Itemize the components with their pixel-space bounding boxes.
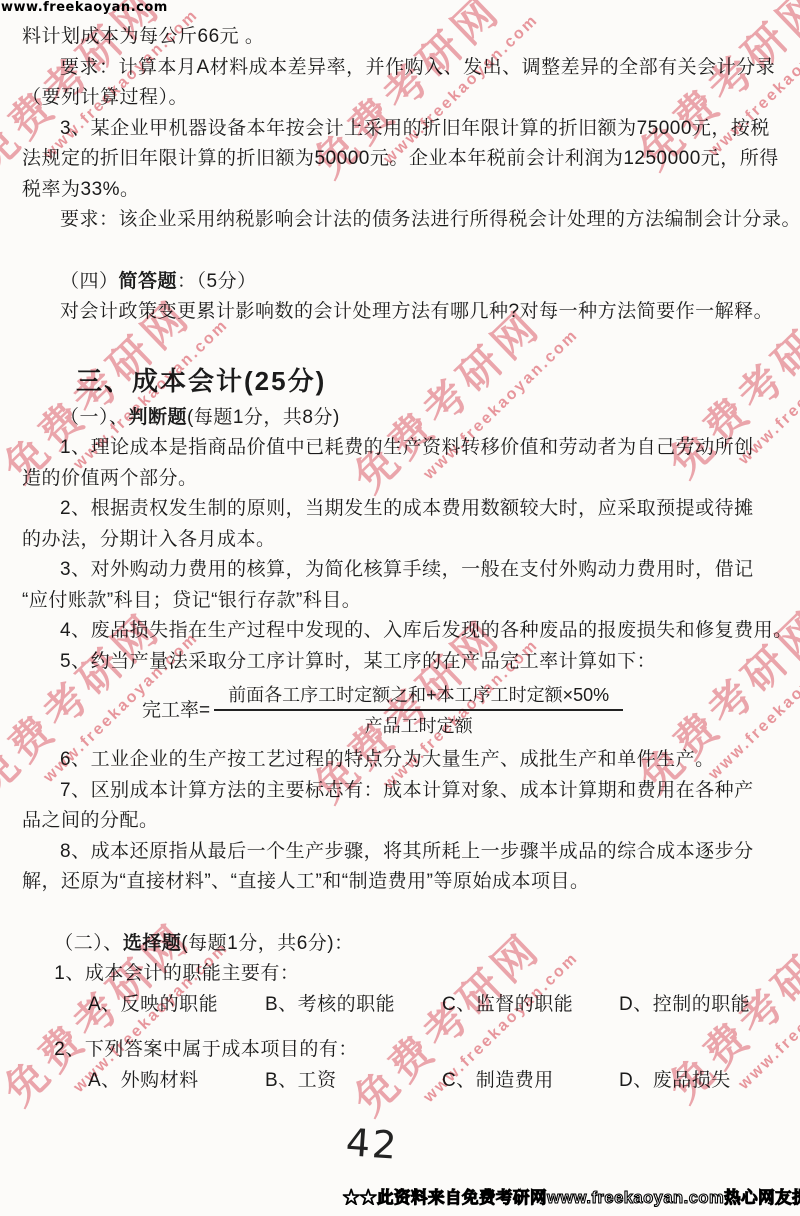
options-line: A、反映的职能B、考核的职能C、监督的职能D、控制的职能 <box>22 990 772 1021</box>
text-line: 解，还原为“直接材料”、“直接人工”和“制造费用”等原始成本项目。 <box>22 867 772 898</box>
text-line: （一）、判断题(每题1分，共8分) <box>22 403 772 434</box>
text-line: 要求：该企业采用纳税影响会计法的债务法进行所得税会计处理的方法编制会计分录。 <box>22 205 772 236</box>
option-item: D、控制的职能 <box>619 990 796 1021</box>
text-line: 3、某企业甲机器设备本年按会计上采用的折旧年限计算的折旧额为75000元，按税 <box>22 114 772 145</box>
text-line: 4、废品损失指在生产过程中发现的、入库后发现的各种废品的报废损失和修复费用。 <box>22 616 772 647</box>
text-line: 造的价值两个部分。 <box>22 464 772 495</box>
text-line: 1、理论成本是指商品价值中已耗费的生产资料转移价值和劳动者为自己劳动所创 <box>22 433 772 464</box>
text-line: （二）、选择题(每题1分，共6分)： <box>22 929 772 960</box>
text-line: 7、区别成本计算方法的主要标志有：成本计算对象、成本计算期和费用在各种产 <box>22 776 772 807</box>
text-line: （四）简答题：（5分） <box>22 267 772 298</box>
text-line: 料计划成本为每公斤66元 。 <box>22 22 772 53</box>
scanned-exam-page: www.freekaoyan.com 料计划成本为每公斤66元 。要求：计算本月… <box>0 0 800 1216</box>
page-number: 42 <box>345 1120 400 1168</box>
text-line: 要求：计算本月A材料成本差异率，并作购入、发出、调整差异的全部有关会计分录 <box>22 53 772 84</box>
option-item: B、工资 <box>265 1066 442 1097</box>
emphasized-text: 选择题 <box>123 933 182 954</box>
text-line: 的办法，分期计入各月成本。 <box>22 525 772 556</box>
section-heading: 三、成本会计(25分) <box>76 359 772 403</box>
text-line: 5、约当产量法采取分工序计算时，某工序的在产品完工率计算如下： <box>22 647 772 678</box>
text-line: 对会计政策变更累计影响数的会计处理方法有哪几种?对每一种方法简要作一解释。 <box>22 297 772 328</box>
text-segment: （一）、 <box>60 407 129 428</box>
option-item: B、考核的职能 <box>265 990 442 1021</box>
text-line: 6、工业企业的生产按工艺过程的特点分为大量生产、成批生产和单件生产。 <box>22 745 772 776</box>
text-line: 2、根据责权发生制的原则，当期发生的成本费用数额较大时，应采取预提或待摊 <box>22 494 772 525</box>
document-body: 料计划成本为每公斤66元 。要求：计算本月A材料成本差异率，并作购入、发出、调整… <box>0 22 800 1096</box>
emphasized-text: 判断题 <box>129 407 188 428</box>
option-item: C、制造费用 <box>442 1066 619 1097</box>
text-segment: （二）、 <box>54 933 123 954</box>
option-item: C、监督的职能 <box>442 990 619 1021</box>
text-segment: （四） <box>60 271 119 292</box>
text-line: 8、成本还原指从最后一个生产步骤，将其所耗上一步骤半成品的综合成本逐步分 <box>22 837 772 868</box>
option-item: A、反映的职能 <box>88 990 265 1021</box>
text-segment: ：（5分） <box>177 271 257 292</box>
text-line: 法规定的折旧年限计算的折旧额为50000元。企业本年税前会计利润为1250000… <box>22 144 772 175</box>
header-url: www.freekaoyan.com <box>1 0 168 15</box>
fraction-numerator: 前面各工序工时定额之和+本工序工时定额×50% <box>214 684 623 711</box>
text-line: 2、下列答案中属于成本项目的有： <box>22 1035 772 1066</box>
fraction: 前面各工序工时定额之和+本工序工时定额×50%产品工时定额 <box>214 684 623 737</box>
fraction-denominator: 产品工时定额 <box>214 711 623 737</box>
text-segment: (每题1分，共6分)： <box>181 933 353 954</box>
formula-lhs: 完工率= <box>142 700 210 722</box>
emphasized-text: 简答题 <box>119 271 178 292</box>
footer-banner: ★★此资料来自免费考研网www.freekaoyan.com热心网友提供★★ <box>343 1184 800 1208</box>
text-segment: (每题1分，共8分) <box>187 407 340 428</box>
text-line: 品之间的分配。 <box>22 806 772 837</box>
options-line: A、外购材料B、工资C、制造费用D、废品损失 <box>22 1066 772 1097</box>
text-line: 税率为33%。 <box>22 175 772 206</box>
text-line: （要列计算过程）。 <box>22 83 772 114</box>
option-item: A、外购材料 <box>88 1066 265 1097</box>
option-item: D、废品损失 <box>619 1066 796 1097</box>
completion-rate-formula: 完工率=前面各工序工时定额之和+本工序工时定额×50%产品工时定额 <box>142 684 772 737</box>
text-line: “应付账款”科目；贷记“银行存款”科目。 <box>22 586 772 617</box>
text-line: 3、对外购动力费用的核算，为简化核算手续，一般在支付外购动力费用时，借记 <box>22 555 772 586</box>
text-line: 1、成本会计的职能主要有： <box>22 959 772 990</box>
